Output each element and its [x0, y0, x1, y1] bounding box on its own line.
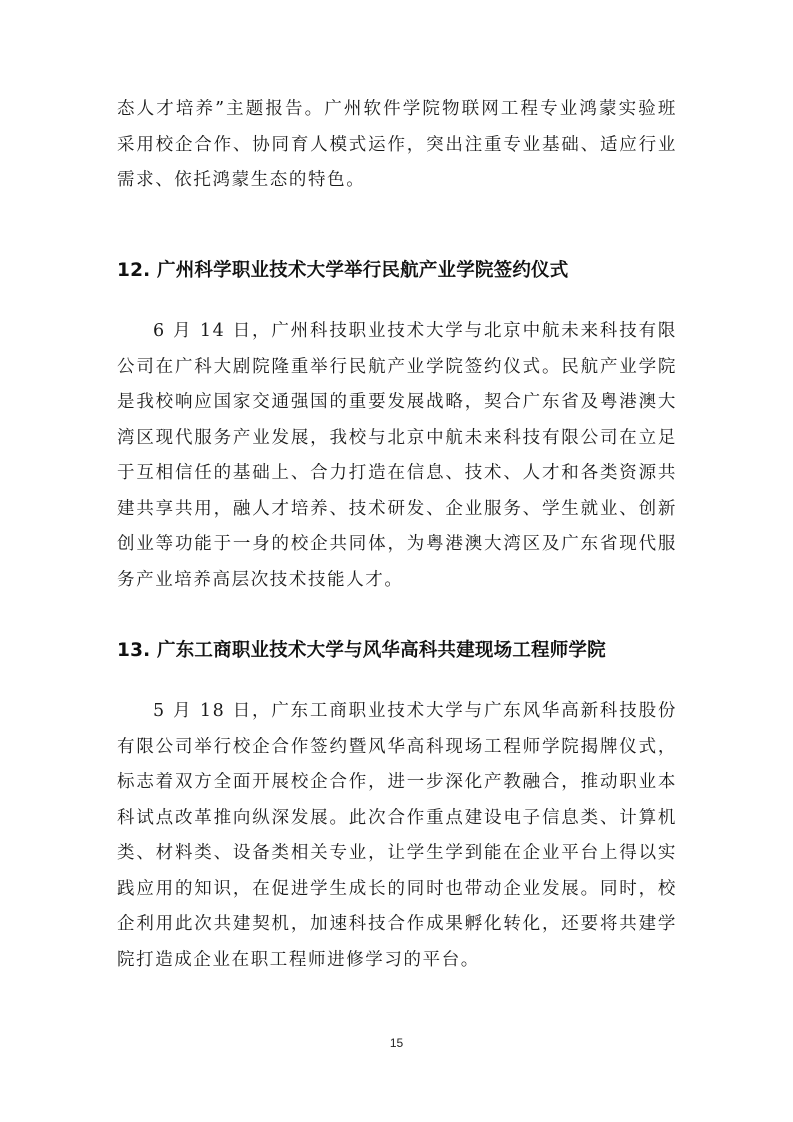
continuation-paragraph: 态人才培养”主题报告。广州软件学院物联网工程专业鸿蒙实验班采用校企合作、协同育人… — [117, 92, 677, 199]
section-body-13: 5 月 18 日，广东工商职业技术大学与广东风华高新科技股份有限公司举行校企合作… — [117, 694, 677, 978]
section-heading-13: 13. 广东工商职业技术大学与风华高科共建现场工程师学院 — [117, 637, 697, 665]
section-heading-12: 12. 广州科学职业技术大学举行民航产业学院签约仪式 — [117, 257, 697, 285]
page-number: 15 — [0, 1036, 793, 1050]
section-body-12: 6 月 14 日，广州科技职业技术大学与北京中航未来科技有限公司在广科大剧院隆重… — [117, 314, 677, 598]
document-page: 态人才培养”主题报告。广州软件学院物联网工程专业鸿蒙实验班采用校企合作、协同育人… — [0, 0, 793, 1122]
